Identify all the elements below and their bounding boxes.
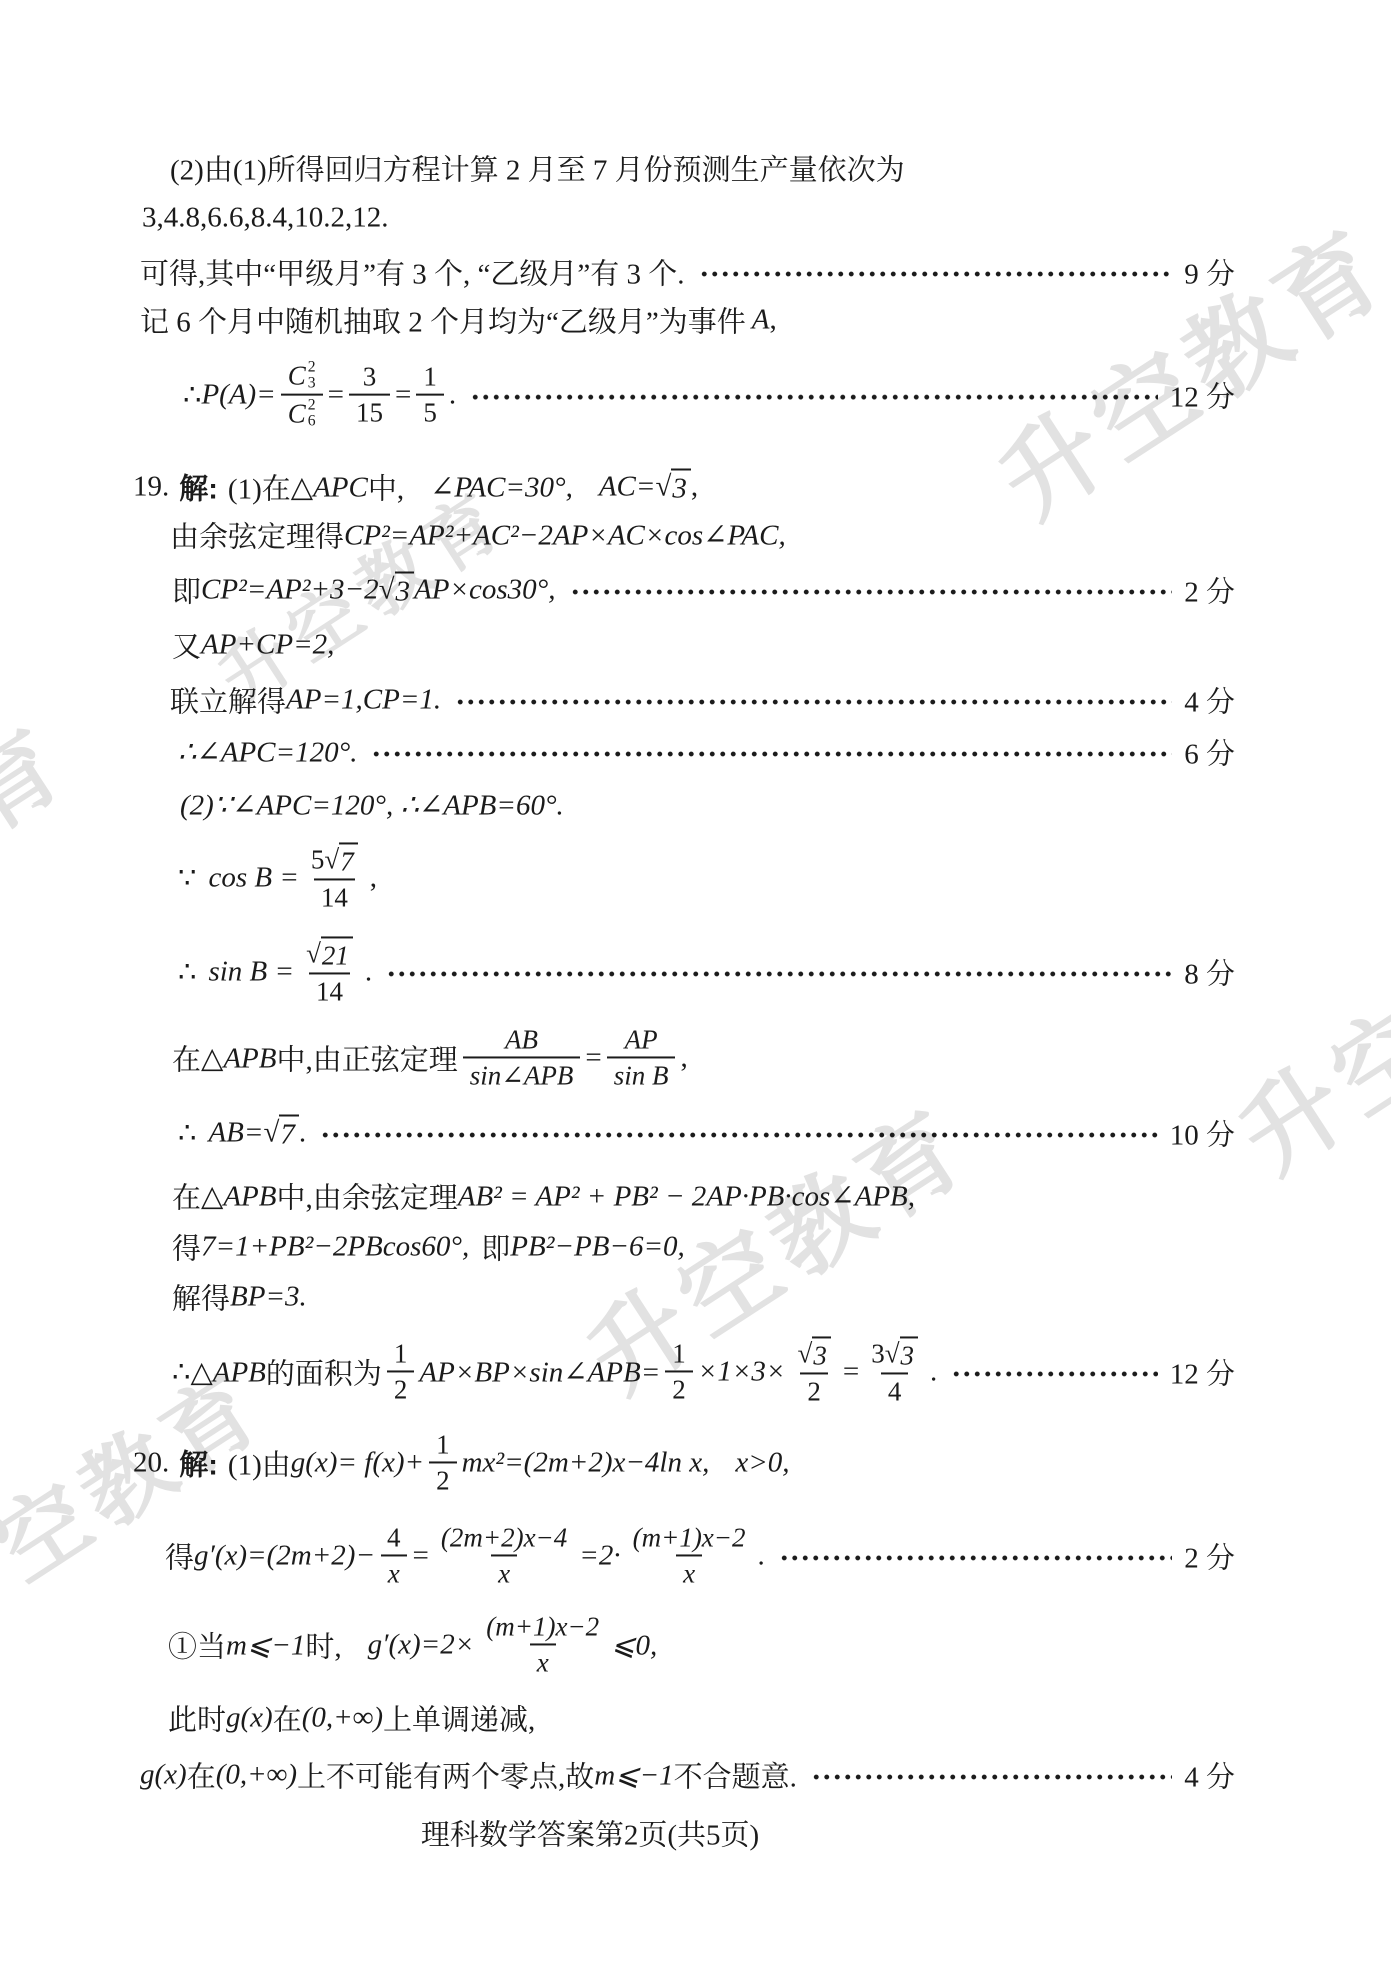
fraction-numerator: 5 √ 7 <box>304 842 365 878</box>
fraction-denominator: sin B <box>607 1057 676 1092</box>
line-text: (1)在 <box>228 467 291 508</box>
fraction-m1x-2-x: (m+1)x−2 x <box>626 1522 753 1589</box>
fraction-numerator: 1 <box>665 1338 693 1370</box>
math-expression: =2· <box>579 1540 620 1573</box>
math-expression: ∴∠APC=120°. <box>178 735 357 770</box>
line-text: 得 <box>165 1536 194 1577</box>
math-angle-PAC: ∠PAC=30°, <box>430 470 573 505</box>
math-interval: (0,+∞) <box>216 1759 297 1792</box>
answer-line-19-cosine-law: 由余弦定理得 CP²=AP²+AC²−2AP×AC×cos∠PAC, <box>133 515 1255 556</box>
fraction-numerator: 3 <box>356 361 384 393</box>
math-expression: g(x)= f(x)+ <box>291 1447 424 1480</box>
math-expression: AP×BP×sin∠APB= <box>419 1355 660 1390</box>
fraction-denominator: x <box>381 1555 407 1590</box>
fraction-denominator: x <box>530 1644 556 1679</box>
dotted-leader <box>811 1775 1172 1780</box>
score-label: 9 分 <box>1184 252 1235 293</box>
fraction-half: 1 2 <box>387 1338 415 1405</box>
sqrt-radical: √ 21 <box>306 936 353 971</box>
fraction-denominator: 14 <box>314 879 355 914</box>
fraction-denominator: x <box>676 1555 702 1590</box>
line-text: 又 <box>172 625 201 666</box>
radicand: 21 <box>321 936 353 971</box>
math-expression: CP²=AP²+3−2 <box>201 574 379 607</box>
sqrt-radical: √ 3 <box>379 572 414 609</box>
radical-sign: √ <box>263 1117 279 1150</box>
period: . <box>930 1356 937 1389</box>
fraction-denominator: 15 <box>349 394 390 429</box>
math-expression: g′(x)=2× <box>368 1629 475 1662</box>
math-expression: 7=1+PB²−2PBcos60°, <box>201 1231 469 1264</box>
equals-sign: = <box>843 1356 859 1389</box>
equals-sign: = <box>585 1042 601 1075</box>
question-number: 20. <box>133 1447 169 1480</box>
line-text: 在 <box>187 1755 216 1796</box>
fraction-numerator: (2m+2)x−4 <box>434 1522 574 1554</box>
line-text: 上单调递减, <box>383 1698 535 1739</box>
comb-superscript: 2 <box>308 398 316 414</box>
answer-line-18-grade-count: 可得,其中“甲级月”有 3 个, “乙级月”有 3 个. 9 分 <box>133 252 1255 293</box>
fraction-sinB: √ 21 14 <box>299 936 360 1007</box>
solution-label: 解: <box>179 467 218 508</box>
score-label: 2 分 <box>1184 1536 1235 1577</box>
radical-sign: √ <box>798 1338 813 1369</box>
line-text: 即 <box>481 1227 510 1268</box>
dotted-leader <box>951 1372 1157 1377</box>
math-expression: AP×cos30°, <box>414 574 556 607</box>
fraction-numerator: (m+1)x−2 <box>479 1611 606 1643</box>
line-text: 即 <box>172 570 201 611</box>
radicand: 3 <box>900 1336 919 1371</box>
math-triangle-APC: △APC <box>291 470 368 505</box>
score-label: 10 分 <box>1170 1113 1235 1154</box>
line-text: 由余弦定理得 <box>170 515 344 556</box>
dotted-leader <box>570 590 1173 595</box>
period: . <box>299 1117 306 1150</box>
fraction-denominator: 4 <box>881 1373 909 1408</box>
fraction-denominator: 2 <box>429 1462 457 1497</box>
fraction-numerator: (m+1)x−2 <box>626 1522 753 1554</box>
period: . <box>449 379 456 412</box>
answer-line-19-angle-APC: ∴∠APC=120°. 6 分 <box>133 732 1255 773</box>
fraction-sqrt3-2: √ 3 2 <box>791 1336 838 1407</box>
fraction-denominator: sin∠APB <box>463 1057 581 1092</box>
fraction-numerator: √ 21 <box>299 936 360 972</box>
radicand: 7 <box>279 1115 299 1152</box>
comb-superscript: 2 <box>308 360 316 376</box>
period: . <box>758 1540 765 1573</box>
math-expression: PB²−PB−6=0, <box>510 1231 685 1264</box>
radical-sign: √ <box>324 844 339 875</box>
question-number: 19. <box>133 471 169 504</box>
therefore-symbol: ∴ <box>178 955 196 990</box>
answer-line-20-monotonic: 此时 g(x) 在 (0,+∞) 上单调递减, <box>133 1698 1255 1739</box>
fraction-m1x-2-x: (m+1)x−2 x <box>479 1611 606 1678</box>
answer-line-20-derivative: 得 g′(x)=(2m+2)− 4 x = (2m+2)x−4 x =2· (m… <box>133 1522 1255 1589</box>
fraction-2m2x-4-x: (2m+2)x−4 x <box>434 1522 574 1589</box>
line-text: 在 <box>273 1698 302 1739</box>
math-interval: (0,+∞) <box>302 1702 383 1735</box>
math-gx: g(x) <box>226 1702 273 1735</box>
fraction-3-15: 3 15 <box>349 361 390 428</box>
radicand: 3 <box>812 1336 831 1371</box>
answer-line-20-start: 20. 解: (1)由 g(x)= f(x)+ 1 2 mx²=(2m+2)x−… <box>133 1429 1255 1496</box>
line-text: (1)由 <box>228 1443 291 1484</box>
math-cosB: cos B = <box>208 862 298 895</box>
fraction-half: 1 2 <box>429 1429 457 1496</box>
fraction-half: 1 2 <box>665 1338 693 1405</box>
answer-line-19-quadratic: 得 7=1+PB²−2PBcos60°, 即 PB²−PB−6=0, <box>133 1227 1255 1268</box>
answer-line-19-solve: 联立解得 AP=1,CP=1. 4 分 <box>133 680 1255 721</box>
document-page: 升空教育 升空教育 升空教育 升空教育 升空教育 升空教育 (2)由(1)所得回… <box>0 0 1391 1965</box>
period: . <box>365 956 372 989</box>
comb-scripts: 2 3 <box>308 360 316 393</box>
fraction-numerator: 1 <box>416 361 444 393</box>
fraction-numerator: √ 3 <box>791 1336 838 1372</box>
math-triangle-APB: △APB <box>201 1041 276 1076</box>
fraction-numerator: AP <box>618 1024 665 1056</box>
fraction-3sqrt3-4: 3 √ 3 4 <box>864 1336 925 1407</box>
line-text: 得 <box>172 1227 201 1268</box>
coefficient: 3 <box>871 1338 885 1369</box>
math-sinB: sin B = <box>208 956 294 989</box>
answer-line-18-probability: ∴ P(A)= C 2 3 C 2 6 <box>133 360 1255 431</box>
answer-line-19-part2-start: (2)∵∠APC=120°, ∴∠APB=60°. <box>133 788 1255 823</box>
math-gx: g(x) <box>140 1759 187 1792</box>
answer-line-20-case1: ①当 m⩽−1 时, g′(x)=2× (m+1)x−2 x ⩽0, <box>133 1611 1255 1678</box>
coefficient: 5 <box>311 844 325 875</box>
comb-base: C <box>288 398 306 429</box>
sqrt-radical: √ 3 <box>885 1336 918 1371</box>
comma: , <box>691 471 698 504</box>
math-expression: BP=3. <box>230 1281 307 1314</box>
radicand: 3 <box>395 572 415 609</box>
math-AC: AC= <box>599 471 656 504</box>
fraction-denominator: 2 <box>800 1373 828 1408</box>
math-expression: CP²=AP²+AC²−2AP×AC×cos∠PAC, <box>344 518 786 553</box>
equals-sign: = <box>328 379 344 412</box>
fraction-numerator: 1 <box>429 1429 457 1461</box>
sqrt-radical: √ 3 <box>798 1336 831 1371</box>
line-text: 不合题意. <box>674 1755 797 1796</box>
math-expression: ×1×3× <box>698 1356 786 1389</box>
line-text: 在 <box>172 1176 201 1217</box>
line-text: 中,由余弦定理 <box>276 1176 457 1217</box>
score-label: 4 分 <box>1184 680 1235 721</box>
equals-sign: = <box>413 1540 429 1573</box>
answer-line-19-AB: ∴ AB= √ 7 . 10 分 <box>133 1113 1255 1154</box>
fraction-combinations: C 2 3 C 2 6 <box>281 360 323 431</box>
fraction-numerator: C 2 3 <box>281 360 323 394</box>
math-expression: AP+CP=2, <box>201 629 334 662</box>
math-expression: g′(x)=(2m+2)− <box>194 1540 375 1573</box>
fraction-numerator: AB <box>498 1024 545 1056</box>
math-domain: x>0, <box>735 1447 789 1480</box>
radicand: 7 <box>339 842 358 877</box>
answer-line-19-sine-law: 在 △APB 中,由正弦定理 AB sin∠APB = AP sin B , <box>133 1024 1255 1091</box>
line-text: , <box>769 304 776 337</box>
line-text: 此时 <box>168 1698 226 1739</box>
answer-line-18-event: 记 6 个月中随机抽取 2 个月均为“乙级月”为事件 A , <box>133 300 1255 341</box>
line-text: 联立解得 <box>170 680 286 721</box>
answer-line-19-area: ∴ △APB 的面积为 1 2 AP×BP×sin∠APB= 1 2 ×1×3×… <box>133 1336 1255 1407</box>
fraction-numerator: 3 √ 3 <box>864 1336 925 1372</box>
math-AB: AB= <box>208 1117 263 1150</box>
score-label: 2 分 <box>1184 570 1235 611</box>
fraction-denominator: C 2 6 <box>281 394 323 431</box>
math-var-A: A <box>752 304 770 337</box>
combination-C-6-2: C 2 6 <box>288 398 316 431</box>
radical-sign: √ <box>655 471 671 504</box>
comb-scripts: 2 6 <box>308 398 316 431</box>
line-text: 可得,其中“甲级月”有 3 个, “乙级月”有 3 个. <box>140 252 685 293</box>
therefore-symbol: ∴ <box>178 1116 196 1151</box>
dotted-leader <box>386 972 1172 977</box>
answer-line-18-intro: (2)由(1)所得回归方程计算 2 月至 7 月份预测生产量依次为 <box>133 148 1255 189</box>
fraction-denominator: 2 <box>387 1371 415 1406</box>
fraction-cosB: 5 √ 7 14 <box>304 842 365 913</box>
equals-sign: = <box>395 379 411 412</box>
line-text: 中,由正弦定理 <box>276 1038 457 1079</box>
dotted-leader <box>455 700 1172 705</box>
math-triangle-APB: △APB <box>201 1179 276 1214</box>
dotted-leader <box>470 395 1158 400</box>
fraction-denominator: 2 <box>665 1371 693 1406</box>
combination-C-3-2: C 2 3 <box>288 360 316 393</box>
line-text: 的面积为 <box>266 1352 382 1393</box>
answer-line-18-values: 3,4.8,6.6,8.4,10.2,12. <box>133 202 1255 235</box>
radical-sign: √ <box>885 1338 900 1369</box>
answer-line-19-cosine-law-2: 在 △APB 中,由余弦定理 AB² = AP² + PB² − 2AP·PB·… <box>133 1176 1255 1217</box>
math-expression: AP=1,CP=1. <box>286 684 441 717</box>
answer-line-19-start: 19. 解: (1)在 △APC 中, ∠PAC=30°, AC= √ 3 , <box>133 467 1255 508</box>
radical-sign: √ <box>379 574 395 607</box>
watermark: 升空教育 <box>0 690 90 1021</box>
fraction-4-x: 4 x <box>380 1522 408 1589</box>
math-expression: AB² = AP² + PB² − 2AP·PB·cos∠APB, <box>458 1179 915 1214</box>
answer-line-20-conclusion: g(x) 在 (0,+∞) 上不可能有两个零点,故 m⩽−1 不合题意. 4 分 <box>133 1755 1255 1796</box>
line-text: 3,4.8,6.6,8.4,10.2,12. <box>142 202 389 235</box>
answer-line-19-cosB: ∵ cos B = 5 √ 7 14 , <box>133 842 1255 913</box>
dotted-leader <box>779 1556 1172 1561</box>
therefore-symbol: ∴ <box>183 378 201 413</box>
comb-subscript: 3 <box>308 376 316 392</box>
score-label: 8 分 <box>1184 952 1235 993</box>
math-condition: m⩽−1 <box>226 1628 305 1663</box>
fraction-AB-sinAPB: AB sin∠APB <box>463 1024 581 1091</box>
line-text: 解得 <box>172 1277 230 1318</box>
dotted-leader <box>371 752 1172 757</box>
fraction-1-5: 1 5 <box>416 361 444 428</box>
score-label: 6 分 <box>1184 732 1235 773</box>
sqrt-radical: √ 3 <box>655 469 690 506</box>
radical-sign: √ <box>306 938 321 969</box>
fraction-denominator: 5 <box>416 394 444 429</box>
math-inequality: ⩽0, <box>611 1628 657 1663</box>
math-condition: m⩽−1 <box>594 1758 673 1793</box>
page-footer: 理科数学答案第2页(共5页) <box>140 1813 1040 1854</box>
solution-label: 解: <box>179 1443 218 1484</box>
line-text: 在 <box>172 1038 201 1079</box>
answer-line-19-sum: 又 AP+CP=2, <box>133 625 1255 666</box>
comb-subscript: 6 <box>308 414 316 430</box>
comma: , <box>680 1042 687 1075</box>
answer-line-19-sinB: ∴ sin B = √ 21 14 . 8 分 <box>133 936 1255 1007</box>
radicand: 3 <box>671 469 691 506</box>
score-label: 12 分 <box>1170 375 1235 416</box>
comma: , <box>370 862 377 895</box>
math-expression: mx²=(2m+2)x−4ln x, <box>462 1447 710 1480</box>
therefore-symbol: ∴ <box>172 1355 190 1390</box>
dotted-leader <box>699 272 1173 277</box>
fraction-denominator: 14 <box>309 973 350 1008</box>
sqrt-radical: √ 7 <box>263 1115 298 1152</box>
dotted-leader <box>320 1133 1158 1138</box>
case-number-circled: ①当 <box>168 1625 226 1666</box>
fraction-numerator: 4 <box>380 1522 408 1554</box>
fraction-denominator: x <box>491 1555 517 1590</box>
sqrt-radical: √ 7 <box>324 842 357 877</box>
line-text: 记 6 个月中随机抽取 2 个月均为“乙级月”为事件 <box>140 300 746 341</box>
line-text: 上不可能有两个零点,故 <box>297 1755 594 1796</box>
fraction-AP-sinB: AP sin B <box>607 1024 676 1091</box>
comb-base: C <box>288 361 306 392</box>
answer-line-19-BP: 解得 BP=3. <box>133 1277 1255 1318</box>
because-symbol: ∵ <box>178 861 196 896</box>
score-label: 12 分 <box>1170 1352 1235 1393</box>
fraction-numerator: 1 <box>387 1338 415 1370</box>
math-triangle-APB: △APB <box>190 1355 265 1390</box>
score-label: 4 分 <box>1184 1755 1235 1796</box>
math-expression: (2)∵∠APC=120°, ∴∠APB=60°. <box>180 788 564 823</box>
line-text: 时, <box>305 1625 341 1666</box>
line-text: 中, <box>368 467 404 508</box>
math-expression: P(A)= <box>201 379 275 412</box>
line-text: (2)由(1)所得回归方程计算 2 月至 7 月份预测生产量依次为 <box>170 148 905 189</box>
answer-line-19-substituted: 即 CP²=AP²+3−2 √ 3 AP×cos30°, 2 分 <box>133 570 1255 611</box>
